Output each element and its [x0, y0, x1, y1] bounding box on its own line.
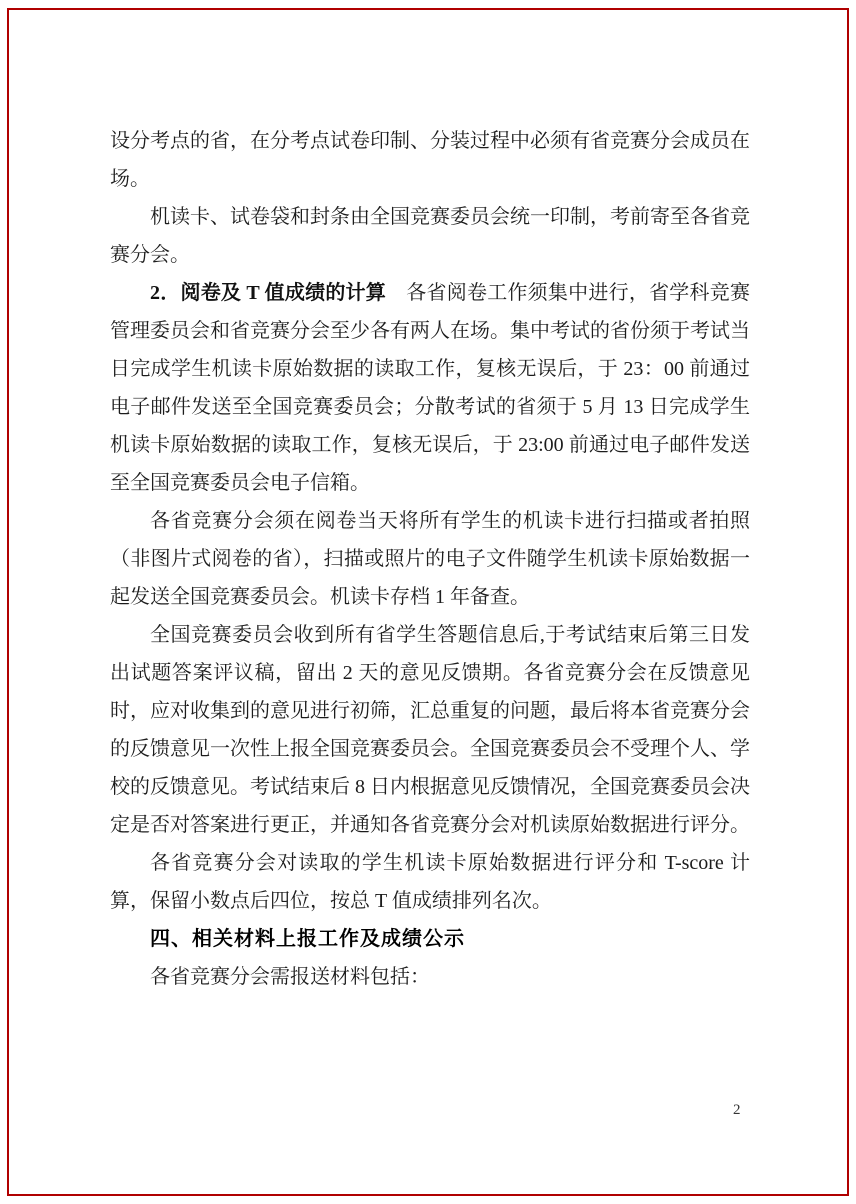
document-content: 设分考点的省，在分考点试卷印制、分装过程中必须有省竞赛分会成员在场。 机读卡、试… — [110, 122, 750, 996]
paragraph-feedback: 全国竞赛委员会收到所有省学生答题信息后,于考试结束后第三日发出试题答案评议稿，留… — [110, 616, 750, 844]
paragraph-carryover: 设分考点的省，在分考点试卷印制、分装过程中必须有省竞赛分会成员在场。 — [110, 122, 750, 198]
inline-heading-grading: 2．阅卷及 T 值成绩的计算 — [150, 282, 386, 304]
page-number: 2 — [733, 1100, 741, 1120]
document-page: 设分考点的省，在分考点试卷印制、分装过程中必须有省竞赛分会成员在场。 机读卡、试… — [0, 0, 856, 1204]
paragraph-materials: 各省竞赛分会需报送材料包括： — [110, 958, 750, 996]
paragraph-printing: 机读卡、试卷袋和封条由全国竞赛委员会统一印制，考前寄至各省竞赛分会。 — [110, 198, 750, 274]
paragraph-scanning: 各省竞赛分会须在阅卷当天将所有学生的机读卡进行扫描或者拍照（非图片式阅卷的省），… — [110, 502, 750, 616]
paragraph-grading-body: 各省阅卷工作须集中进行，省学科竞赛管理委员会和省竞赛分会至少各有两人在场。集中考… — [110, 282, 750, 494]
section-heading-4: 四、相关材料上报工作及成绩公示 — [110, 920, 750, 958]
paragraph-tscore: 各省竞赛分会对读取的学生机读卡原始数据进行评分和 T-score 计算，保留小数… — [110, 844, 750, 920]
paragraph-grading: 2．阅卷及 T 值成绩的计算 各省阅卷工作须集中进行，省学科竞赛管理委员会和省竞… — [110, 274, 750, 502]
